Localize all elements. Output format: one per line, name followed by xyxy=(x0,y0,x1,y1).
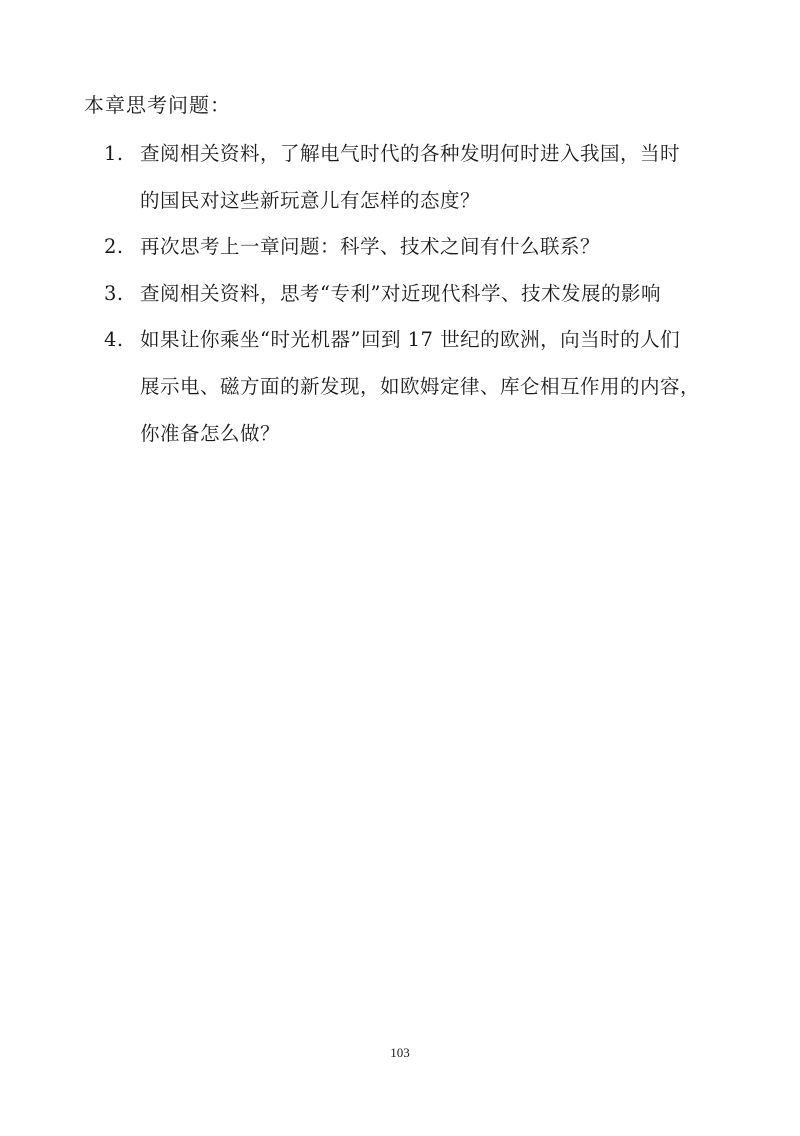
section-heading: 本章思考问题： xyxy=(84,90,231,120)
page-number: 103 xyxy=(0,1045,800,1061)
question-text-line: 的国民对这些新玩意儿有怎样的态度？ xyxy=(140,187,480,215)
question-number: 4. xyxy=(104,326,140,354)
question-number: 3. xyxy=(104,280,140,308)
document-page: 本章思考问题： 1. 查阅相关资料，了解电气时代的各种发明何时进入我国，当时 的… xyxy=(0,0,800,1136)
question-text-line: 你准备怎么做？ xyxy=(140,420,280,448)
question-text-line: 查阅相关资料，思考“专利”对近现代科学、技术发展的影响 xyxy=(140,280,661,308)
question-number: 1. xyxy=(104,140,140,168)
question-number: 2. xyxy=(104,233,140,261)
question-text-line: 展示电、磁方面的新发现，如欧姆定律、库仑相互作用的内容， xyxy=(140,373,700,401)
question-text-line: 查阅相关资料，了解电气时代的各种发明何时进入我国，当时 xyxy=(140,140,680,168)
question-text-line: 再次思考上一章问题：科学、技术之间有什么联系？ xyxy=(140,233,600,261)
question-text-line: 如果让你乘坐“时光机器”回到 17 世纪的欧洲，向当时的人们 xyxy=(140,326,680,354)
